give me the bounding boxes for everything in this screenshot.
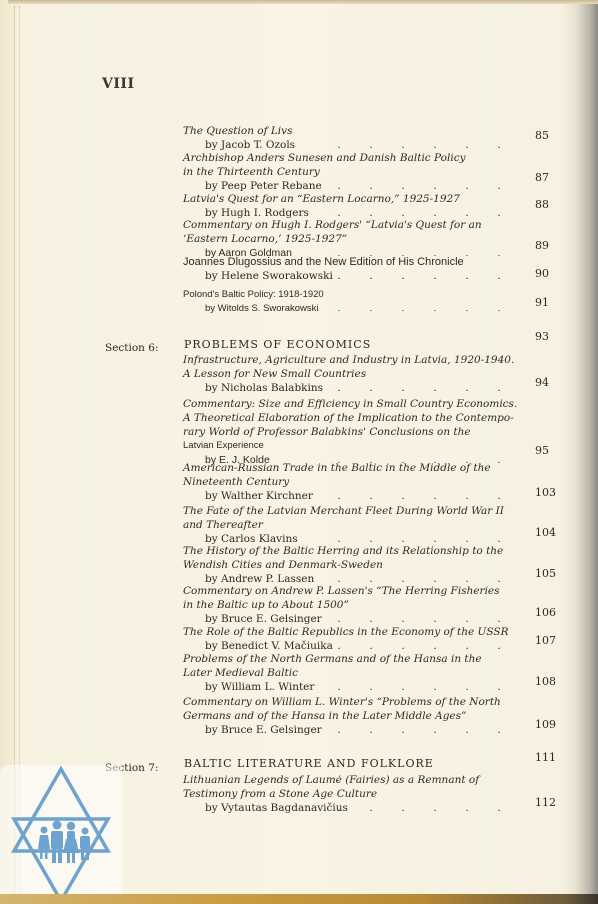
toc-entry: The Fate of the Latvian Merchant Fleet D… [183,504,563,546]
entry-page-number: 105 [535,567,556,580]
entry-page-number: 89 [535,239,549,252]
entry-title-line2: and Thereafter [183,518,563,532]
leader-dots: ...... [323,639,563,653]
toc-entry: Archbishop Anders Sunesen and Danish Bal… [183,151,563,193]
entry-title-line2: in the Thirteenth Century [183,165,563,179]
section-title: PROBLEMS OF ECONOMICS [184,338,371,351]
page-bottom-edge [0,894,598,904]
star-of-david-family-icon [0,765,122,904]
entry-title-line2: A Lesson for New Small Countries [183,367,563,381]
entry-title: Commentary on Andrew P. Lassen's “The He… [183,584,563,598]
entry-title-line4: Latvian Experience [183,439,563,453]
entry-author: by Nicholas Balabkins...... [183,381,563,395]
entry-page-number: 91 [535,296,549,309]
toc-entry: Infrastructure, Agriculture and Industry… [183,353,563,395]
toc-entry: Problems of the North Germans and of the… [183,652,563,694]
entry-author: by Witolds S. Sworakowski...... [183,302,563,316]
entry-title: Commentary on William L. Winter's “Probl… [183,695,563,709]
entry-title-line2: Germans and of the Hansa in the Later Mi… [183,709,563,723]
toc-entry: Commentary: Size and Efficiency in Small… [183,397,563,467]
page-gutter [14,6,20,896]
section-page-number: 93 [535,330,549,343]
toc-entry: The Role of the Baltic Republics in the … [183,625,563,653]
watermark-logo [0,765,122,904]
entry-author: by Bruce E. Gelsinger...... [183,723,563,737]
toc-entry: Commentary on Andrew P. Lassen's “The He… [183,584,563,626]
leader-dots: ...... [323,801,563,815]
leader-dots: ...... [323,138,563,152]
entry-page-number: 109 [535,718,556,731]
entry-page-number: 103 [535,486,556,499]
entry-title-line2: Later Medieval Baltic [183,666,563,680]
entry-title-line2: A Theoretical Elaboration of the Implica… [183,411,563,425]
entry-author: by Benedict V. Mačiuika...... [183,639,563,653]
entry-title-line2: Nineteenth Century [183,475,563,489]
entry-title-line2: in the Baltic up to About 1500” [183,598,563,612]
leader-dots: ...... [323,489,563,503]
entry-page-number: 106 [535,606,556,619]
entry-author: by Bruce E. Gelsinger...... [183,612,563,626]
entry-title: American-Russian Trade in the Baltic in … [183,461,563,475]
toc-entry: Latvia's Quest for an “Eastern Locarno,”… [183,192,563,220]
entry-page-number: 108 [535,675,556,688]
entry-title: Commentary on Hugh I. Rodgers' “Latvia's… [183,218,563,232]
toc-entry: Joannes Dlugossius and the New Edition o… [183,255,563,283]
entry-page-number: 112 [535,796,556,809]
entry-author: by William L. Winter...... [183,680,563,694]
page-top-edge [8,0,598,4]
book-page: VIII The Question of Livs by Jacob T. Oz… [0,0,598,904]
section-title: BALTIC LITERATURE AND FOLKLORE [184,757,434,770]
entry-page-number: 85 [535,129,549,142]
entry-title: Archbishop Anders Sunesen and Danish Bal… [183,151,563,165]
entry-author: by Jacob T. Ozols...... [183,138,563,152]
entry-title-line2: Testimony from a Stone Age Culture [183,787,563,801]
entry-title-line2: ‘Eastern Locarno,’ 1925-1927” [183,232,563,246]
entry-title: Joannes Dlugossius and the New Edition o… [183,255,563,269]
entry-title: Latvia's Quest for an “Eastern Locarno,”… [183,192,563,206]
entry-author: by Vytautas Bagdanavičius...... [183,801,563,815]
toc-entry: The Question of Livs by Jacob T. Ozols..… [183,124,563,152]
entry-title: The Fate of the Latvian Merchant Fleet D… [183,504,563,518]
leader-dots: ...... [323,179,563,193]
toc-entry: Polond's Baltic Policy: 1918-1920 by Wit… [183,288,563,316]
section-label: Section 6: [105,342,159,354]
entry-title-line3: rary World of Professor Balabkins' Concl… [183,425,563,439]
entry-title: The History of the Baltic Herring and it… [183,544,563,558]
entry-title: Lithuanian Legends of Laumė (Fairies) as… [183,773,563,787]
toc-entry: American-Russian Trade in the Baltic in … [183,461,563,503]
leader-dots: ...... [323,269,563,283]
entry-author: by Walther Kirchner...... [183,489,563,503]
entry-page-number: 94 [535,376,549,389]
entry-page-number: 104 [535,526,556,539]
entry-page-number: 87 [535,171,549,184]
section-page-number: 111 [535,751,556,764]
toc-entry: The History of the Baltic Herring and it… [183,544,563,586]
entry-title-line2: Wendish Cities and Denmark-Sweden [183,558,563,572]
entry-author: by Helene Sworakowski...... [183,269,563,283]
entry-title: Commentary: Size and Efficiency in Small… [183,397,563,411]
entry-page-number: 90 [535,267,549,280]
leader-dots: ...... [323,381,563,395]
entry-author: by Peep Peter Rebane...... [183,179,563,193]
toc-entry: Commentary on Hugh I. Rodgers' “Latvia's… [183,218,563,260]
entry-title: Problems of the North Germans and of the… [183,652,563,666]
entry-page-number: 107 [535,634,556,647]
entry-title: Infrastructure, Agriculture and Industry… [183,353,563,367]
leader-dots: ...... [323,302,563,316]
entry-title: The Question of Livs [183,124,563,138]
toc-entry: Commentary on William L. Winter's “Probl… [183,695,563,737]
page-number: VIII [102,76,135,92]
entry-title: Polond's Baltic Policy: 1918-1920 [183,288,563,302]
leader-dots: ...... [323,680,563,694]
entry-title: The Role of the Baltic Republics in the … [183,625,563,639]
leader-dots: ...... [323,723,563,737]
leader-dots: ...... [323,612,563,626]
entry-page-number: 88 [535,198,549,211]
entry-page-number: 95 [535,444,549,457]
toc-entry: Lithuanian Legends of Laumė (Fairies) as… [183,773,563,815]
